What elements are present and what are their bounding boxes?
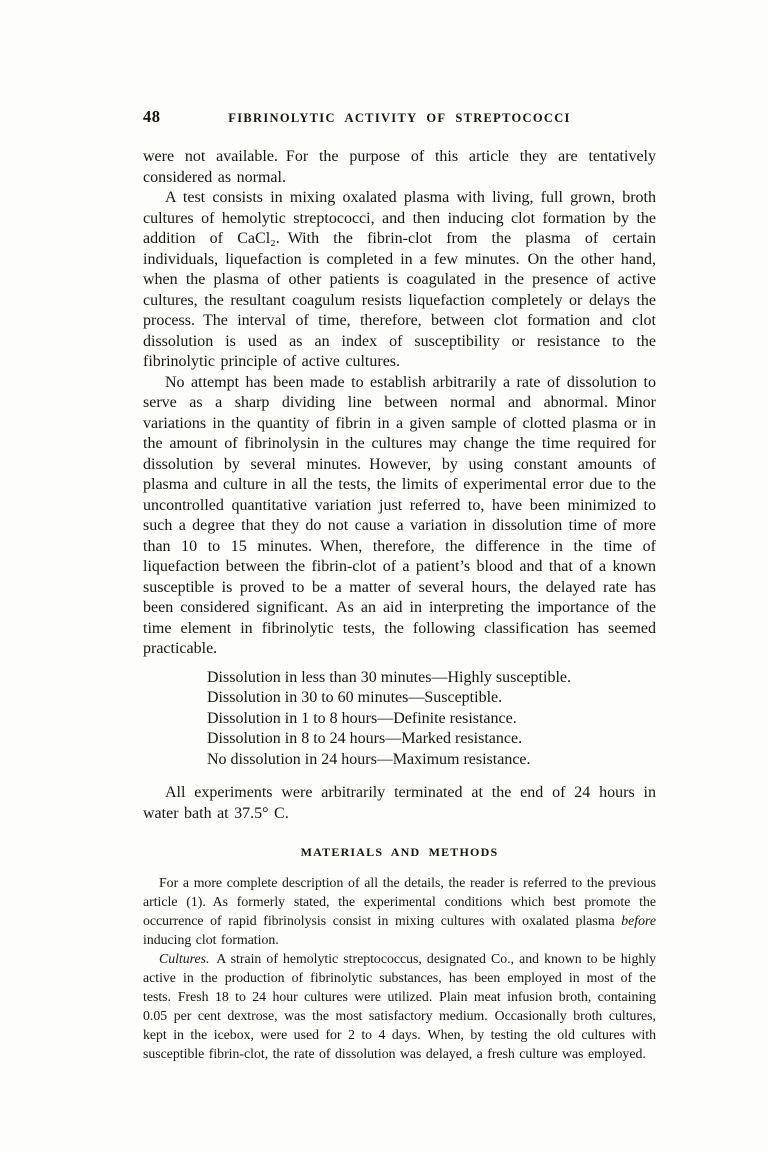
classification-item: Dissolution in 1 to 8 hours—Definite res… <box>207 709 656 730</box>
paragraph-continuation: were not available. For the purpose of t… <box>143 147 656 188</box>
page-content: 48 FIBRINOLYTIC ACTIVITY OF STREPTOCOCCI… <box>143 107 656 1064</box>
methods-p1-text-before: For a more complete description of all t… <box>143 875 656 928</box>
paragraph-termination: All experiments were arbitrarily termina… <box>143 783 656 824</box>
classification-list: Dissolution in less than 30 minutes—High… <box>143 668 656 771</box>
paragraph-dissolution-rate: No attempt has been made to establish ar… <box>143 373 656 660</box>
methods-paragraph-description: For a more complete description of all t… <box>143 874 656 950</box>
classification-item: Dissolution in less than 30 minutes—High… <box>207 668 656 689</box>
methods-p2-text: A strain of hemolytic streptococcus, des… <box>143 951 656 1061</box>
classification-item: Dissolution in 8 to 24 hours—Marked resi… <box>207 729 656 750</box>
classification-item: Dissolution in 30 to 60 minutes—Suscepti… <box>207 688 656 709</box>
running-header: 48 FIBRINOLYTIC ACTIVITY OF STREPTOCOCCI <box>143 107 656 128</box>
article-body: were not available. For the purpose of t… <box>143 147 656 1064</box>
methods-section: For a more complete description of all t… <box>143 874 656 1063</box>
classification-item: No dissolution in 24 hours—Maximum resis… <box>207 750 656 771</box>
methods-p1-text-after: inducing clot formation. <box>143 932 279 947</box>
methods-paragraph-cultures: Cultures. A strain of hemolytic streptoc… <box>143 950 656 1063</box>
running-title: FIBRINOLYTIC ACTIVITY OF STREPTOCOCCI <box>143 111 656 126</box>
section-heading-materials-and-methods: MATERIALS AND METHODS <box>143 845 656 860</box>
paragraph-test-description: A test consists in mixing oxalated plasm… <box>143 188 656 373</box>
emphasis-word-before: before <box>621 913 656 928</box>
cultures-lead-in: Cultures. <box>159 951 209 966</box>
document-page: 48 FIBRINOLYTIC ACTIVITY OF STREPTOCOCCI… <box>0 0 767 1153</box>
